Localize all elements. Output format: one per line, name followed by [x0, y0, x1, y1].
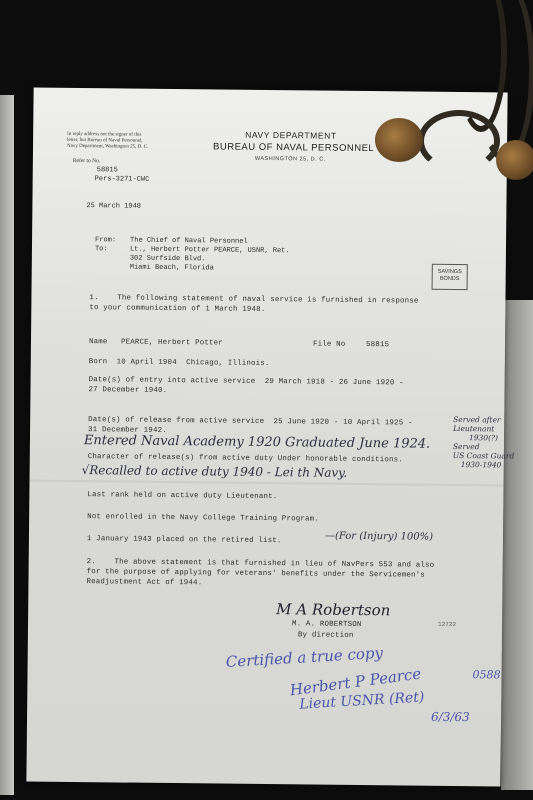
from-value: The Chief of Naval Personnel: [130, 237, 248, 246]
from-label: From:: [95, 236, 116, 244]
savings-bonds-stamp: SAVINGS BONDS: [432, 264, 468, 290]
to-label: To:: [95, 245, 108, 253]
cord-loop-3: [418, 110, 500, 172]
para1-line-2: to your communication of 1 March 1948.: [89, 304, 265, 314]
margin-line-6: 1930-1940: [453, 460, 515, 470]
file-no-value: 58815: [366, 341, 389, 349]
handwritten-academy-note: Entered Naval Academy 1920 Graduated Jun…: [84, 433, 430, 452]
margin-line-2: Lieutenant: [453, 424, 515, 434]
by-direction: By direction: [298, 631, 354, 640]
handwritten-cert-date: 6/3/63: [431, 710, 470, 724]
letterhead-dept: NAVY DEPARTMENT: [245, 130, 337, 141]
refer-file-no: 58815: [97, 166, 118, 174]
letterhead-bureau: BUREAU OF NAVAL PERSONNEL: [213, 141, 374, 154]
signer-name: M. A. ROBERTSON: [292, 620, 362, 629]
tassel-right: [496, 140, 533, 180]
form-number: 12722: [438, 621, 456, 628]
tassel-left: [375, 118, 423, 162]
to-line-3: Miami Beach, Florida: [130, 264, 214, 273]
para2-line-3: Readjustment Act of 1944.: [86, 578, 202, 587]
handwritten-margin-note: Served after Lieutenant 1930(?) Served U…: [453, 415, 515, 470]
letter-date: 25 March 1948: [86, 202, 141, 211]
born-line: Born 10 April 1904 Chicago, Illinois.: [89, 358, 270, 368]
file-no-label: File No: [313, 340, 346, 348]
handwritten-cert-number: 0588: [472, 668, 500, 681]
to-line-1: Lt., Herbert Potter PEARCE, USNR, Ret.: [130, 246, 290, 256]
handwritten-recalled-note: √Recalled to active duty 1940 - Lei th N…: [82, 463, 348, 480]
handwritten-certified: Certified a true copy: [225, 644, 383, 671]
refer-code: Pers-3271-CWC: [95, 175, 150, 184]
background-paper-right: [501, 300, 533, 790]
signature: M A Robertson: [276, 600, 390, 619]
navy-service-letter: In reply address not the signer of this …: [26, 88, 507, 787]
name-value: PEARCE, Herbert Potter: [121, 338, 223, 347]
entry-line-2: 27 December 1940.: [88, 386, 167, 395]
letterhead-city: WASHINGTON 25, D. C.: [255, 156, 326, 163]
background-paper-left: [0, 95, 14, 795]
last-rank-line: Last rank held on active duty Lieutenant…: [87, 491, 277, 501]
name-label: Name: [89, 338, 108, 346]
handwritten-injury-note: —(For (Injury) 100%): [325, 531, 433, 543]
reply-note-line-3: Navy Department, Washington 25, D. C.: [67, 144, 148, 151]
refer-to-label: Refer to No.: [73, 158, 100, 164]
college-line: Not enrolled in the Navy College Trainin…: [87, 513, 319, 523]
stamp-line-2: BONDS: [433, 276, 467, 283]
to-line-2: 302 Surfside Blvd.: [130, 255, 206, 264]
retired-line: 1 January 1943 placed on the retired lis…: [87, 535, 282, 545]
